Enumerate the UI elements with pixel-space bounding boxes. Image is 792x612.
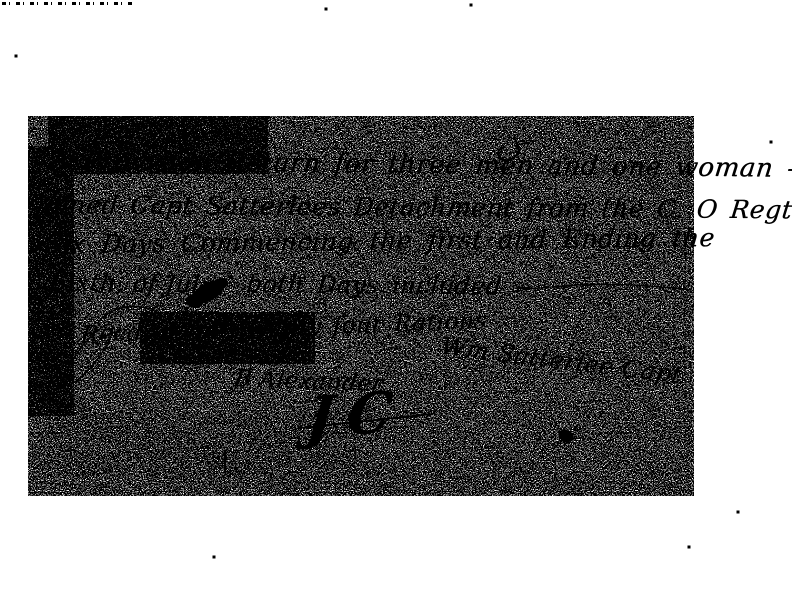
handwritten-line-1: A Provision Return for three men and one… [49, 148, 792, 182]
handwritten-line-2: Joined Capt Satterlees Detachment from t… [33, 192, 792, 223]
handwritten-line-3: Six Days Commencing the first and Ending… [44, 225, 717, 257]
handwritten-line-4-end: both Days included — [245, 272, 541, 299]
stray-specks [0, 0, 2, 2]
monogram-initials: JC [304, 383, 409, 446]
handwritten-line-4-start: Sixth, of July [49, 270, 216, 297]
page-edge-marks [2, 2, 134, 5]
scanned-document-page: A Provision Return for three men and one… [0, 0, 792, 612]
